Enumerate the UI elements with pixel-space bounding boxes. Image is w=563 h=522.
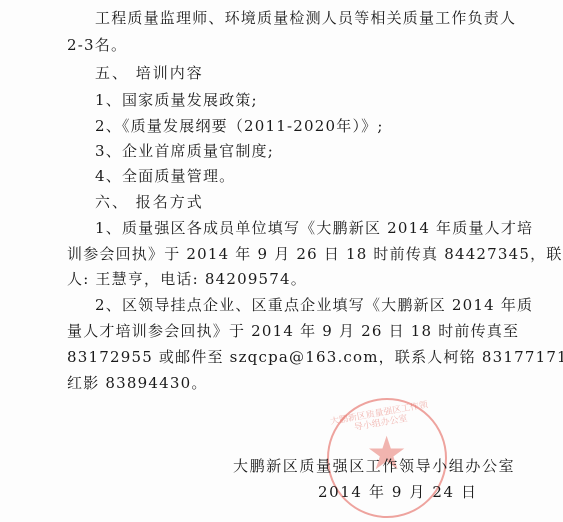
list-item: 1、国家质量发展政策; bbox=[95, 91, 258, 109]
text-line: 2、区领导挂点企业、区重点企业填写《大鹏新区 2014 年质 bbox=[95, 296, 533, 314]
signature-date: 2014 年 9 月 24 日 bbox=[318, 483, 478, 501]
list-item: 3、企业首席质量官制度; bbox=[95, 142, 274, 160]
document-page: 工程质量监理师、环境质量检测人员等相关质量工作负责人 2-3名。 五、 培训内容… bbox=[0, 0, 563, 522]
text-line: 工程质量监理师、环境质量检测人员等相关质量工作负责人 bbox=[95, 9, 516, 27]
text-line: 量人才培训参会回执》于 2014 年 9 月 26 日 18 时前传真至 bbox=[67, 322, 519, 340]
list-item: 4、全面质量管理。 bbox=[95, 167, 235, 185]
text-line: 83172955 或邮件至 szqcpa@163.com，联系人柯铭 83177… bbox=[67, 348, 563, 366]
signature-organization: 大鹏新区质量强区工作领导小组办公室 bbox=[233, 457, 515, 475]
section-heading-training-content: 五、 培训内容 bbox=[95, 64, 204, 82]
text-line: 人: 王慧亨，电话: 84209574。 bbox=[67, 270, 307, 288]
text-line: 1、质量强区各成员单位填写《大鹏新区 2014 年质量人才培 bbox=[95, 219, 533, 237]
text-line: 红影 83894430。 bbox=[67, 374, 208, 392]
text-line: 训参会回执》于 2014 年 9 月 26 日 18 时前传真 84427345… bbox=[67, 245, 563, 263]
text-line: 2-3名。 bbox=[67, 36, 127, 54]
section-heading-registration: 六、 报名方式 bbox=[95, 193, 204, 211]
list-item: 2、《质量发展纲要（2011-2020年）》; bbox=[95, 117, 384, 135]
